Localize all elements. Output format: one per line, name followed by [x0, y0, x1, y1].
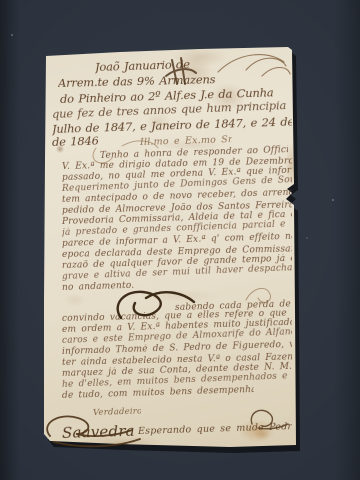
dust-speck: [306, 237, 308, 239]
manuscript-photo: Joaõ Januario de Arrem.te das 9% Armazen…: [0, 0, 360, 480]
heading-line: de 1846: [52, 134, 98, 149]
dust-speck: [11, 34, 13, 36]
closing-word: Verdadeiro: [93, 406, 141, 418]
dust-speck: [332, 199, 334, 201]
